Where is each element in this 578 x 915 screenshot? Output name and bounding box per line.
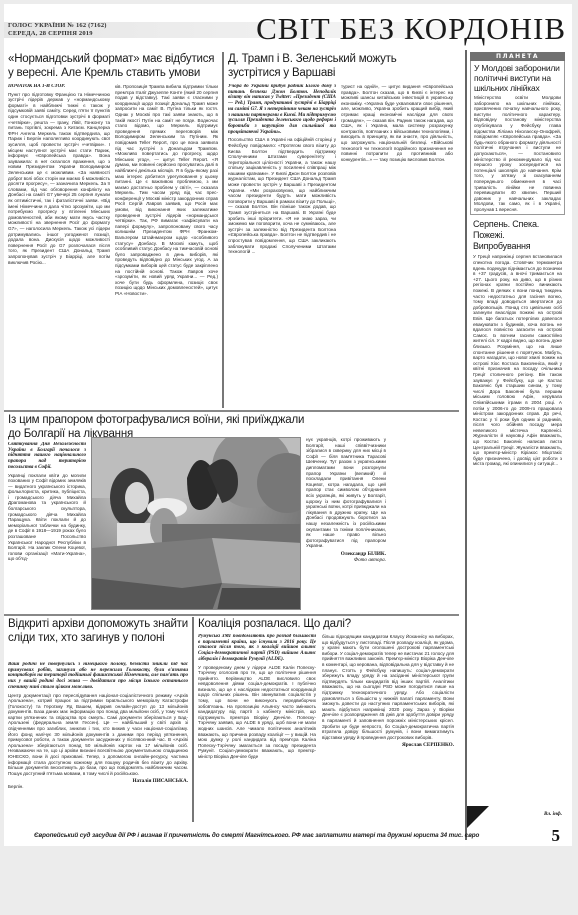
newspaper-page: ГОЛОС УКРАЇНИ № 162 (7162) СЕРЕДА, 28 СЕ…: [4, 4, 572, 846]
normandy-column-1: ПОЧАТОК НА 1-Й СТОР. Пункт про підготовк…: [8, 84, 110, 414]
column-divider-2: [192, 617, 194, 822]
column-divider: [222, 52, 224, 408]
masthead: ГОЛОС УКРАЇНИ № 162 (7162) СЕРЕДА, 28 СЕ…: [4, 14, 572, 44]
coalition-lead: Румунські ЗМІ повідомляють про розпад бі…: [198, 634, 316, 663]
moldova-headline: У Молдові заборонили політичні виступи н…: [474, 63, 561, 93]
trump-column-2: турист на одній», — цитує видання «Європ…: [341, 84, 453, 408]
issue-number: ГОЛОС УКРАЇНИ № 162 (7162): [8, 22, 107, 30]
normandy-text-2: ків. Пропозиція Трампа вибила підтримки …: [115, 84, 218, 297]
flag-text-1: Українці поклали квіти до могили похован…: [8, 473, 86, 563]
planet-section-tab: ПЛАНЕТА: [470, 52, 565, 61]
normandy-kicker: ПОЧАТОК НА 1-Й СТОР.: [8, 84, 110, 90]
issue-info: ГОЛОС УКРАЇНИ № 162 (7162) СЕРЕДА, 28 СЕ…: [8, 22, 107, 38]
greece-text: У Греції наприкінці серпня встановилася …: [473, 254, 562, 809]
coalition-text-1: У проведеному днем у лідери ALDE Калін П…: [198, 665, 316, 760]
archives-headline: Відкриті архіви допоможуть знайти сліди …: [8, 617, 188, 645]
flag-photo: [91, 437, 301, 610]
greece-article: Серпень. Спека. Пожежі. Випробування У Г…: [467, 215, 568, 851]
footer: Європейський суд засудив дії РФ і визнав…: [4, 826, 572, 846]
flag-lead: Святкування Дня Незалежності України в Б…: [8, 442, 86, 471]
greece-headline: Серпень. Спека. Пожежі. Випробування: [473, 219, 562, 252]
normandy-text-1: Пункт про підготовку Францією та Німеччи…: [8, 92, 110, 265]
archives-text: Центр документації про переслідування на…: [8, 693, 188, 777]
flag-column-2: нує українців, котрі проживають у Болгар…: [306, 437, 386, 612]
coalition-byline: Ярослав СЕРПЕНКО.: [322, 742, 454, 748]
normandy-headline: «Нормандський формат» має відбутися у ве…: [8, 52, 218, 80]
coalition-headline: Коаліція розпалася. Що далі?: [198, 617, 458, 631]
section-divider: [4, 410, 459, 412]
trump-text-2: турист на одній», — цитує видання «Європ…: [341, 84, 453, 162]
coalition-column-2: більш підходящим кандидатом Клаусу Йохан…: [322, 634, 454, 822]
photo-illustration: [92, 438, 301, 610]
issue-date: СЕРЕДА, 28 СЕРПНЯ 2019: [8, 30, 107, 38]
normandy-column-2: ків. Пропозиція Трампа вибила підтримки …: [115, 84, 218, 414]
footer-news-line: Європейський суд засудив дії РФ і визнав…: [34, 832, 479, 839]
flag-text-2: нує українців, котрі проживають у Болгар…: [306, 437, 386, 549]
archives-dateline: Берлін.: [8, 784, 188, 790]
archives-body: Ваші родичі не повернулись з німецького …: [8, 662, 188, 822]
planet-sidebar: ПЛАНЕТА У Молдові заборонили політичні в…: [465, 50, 568, 840]
archives-lead: Ваші родичі не повернулись з німецького …: [8, 662, 188, 691]
moldova-text: Міністерство освіти Молдови заборонило н…: [474, 95, 561, 212]
section-divider-2: [4, 614, 459, 616]
trump-headline: Д. Трамп і В. Зеленський можуть зустріти…: [228, 52, 428, 80]
coalition-column-1: Румунські ЗМІ повідомляють про розпад бі…: [198, 634, 316, 822]
photo-credit: Фото автора.: [306, 557, 386, 563]
corner-decoration: [467, 806, 489, 828]
moldova-box: У Молдові заборонили політичні виступи н…: [470, 61, 565, 215]
coalition-text-2: більш підходящим кандидатом Клаусу Йохан…: [322, 634, 454, 740]
flag-column-1: Святкування Дня Незалежності України в Б…: [8, 442, 86, 612]
trump-column-1: Учора до України прибув радник Білого до…: [228, 84, 336, 408]
trump-text-1: Посольство США в Україні на офіційній ст…: [228, 137, 336, 254]
page-number: 5: [552, 826, 561, 846]
trump-lead: Учора до України прибув радник Білого до…: [228, 84, 336, 135]
section-title: СВІТ БЕЗ КОРДОНІВ: [256, 12, 566, 46]
